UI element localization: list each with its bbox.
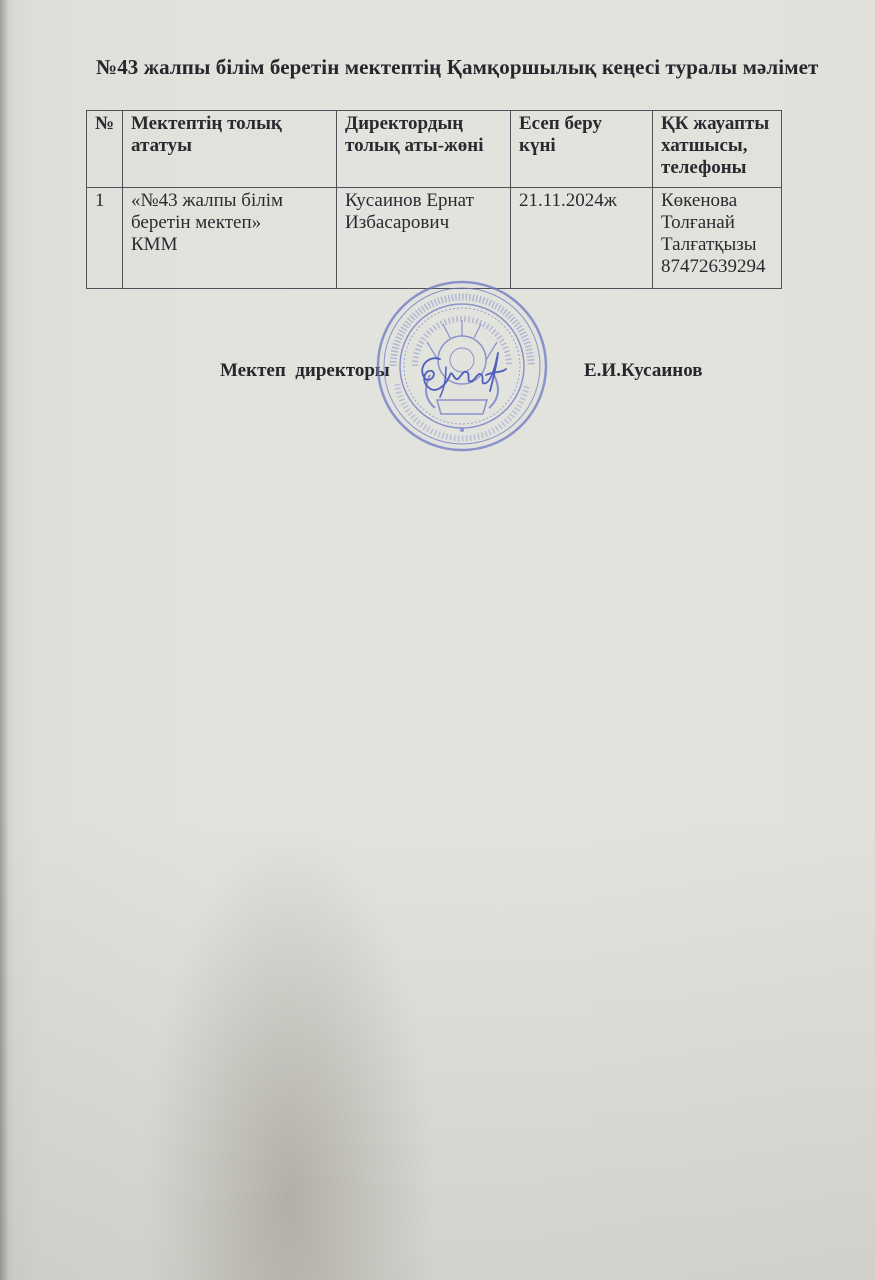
handwritten-signature-icon — [410, 345, 520, 400]
cell-director-name: Кусаинов ЕрнатИзбасарович — [337, 188, 511, 289]
cell-report-date: 21.11.2024ж — [511, 188, 653, 289]
cell-text-line: Мектептің толық — [131, 113, 331, 135]
cell-text-line: телефоны — [661, 157, 776, 179]
cell-text-line: КММ — [131, 234, 331, 256]
cell-text-line: Кусаинов Ернат — [345, 190, 505, 212]
document-title: №43 жалпы білім беретін мектептің Қамқор… — [96, 55, 818, 80]
table-row: 1 «№43 жалпы білімберетін мектеп»КММ Кус… — [87, 188, 782, 289]
cell-text-line: Көкенова — [661, 190, 776, 212]
cell-text-line: 21.11.2024ж — [519, 190, 647, 212]
cell-school-name: «№43 жалпы білімберетін мектеп»КММ — [123, 188, 337, 289]
cell-text-line: 87472639294 — [661, 256, 776, 278]
header-director-name: Директордыңтолық аты-жөні — [337, 111, 511, 188]
cell-text-line: ататуы — [131, 135, 331, 157]
header-school-name: Мектептің толықататуы — [123, 111, 337, 188]
cell-text-line: Толғанай — [661, 212, 776, 234]
cell-text-line: күні — [519, 135, 647, 157]
cell-text-line: хатшысы, — [661, 135, 776, 157]
cell-number: 1 — [87, 188, 123, 289]
header-secretary-phone: ҚК жауаптыхатшысы,телефоны — [653, 111, 782, 188]
cell-secretary-phone: КөкеноваТолғанайТалғатқызы87472639294 — [653, 188, 782, 289]
cell-text-line: № — [95, 113, 117, 135]
table-header-row: № Мектептің толықататуы Директордыңтолық… — [87, 111, 782, 188]
cell-text-line: «№43 жалпы білім — [131, 190, 331, 212]
header-report-date: Есеп берукүні — [511, 111, 653, 188]
director-role-label: Мектеп директоры — [220, 360, 390, 382]
header-number: № — [87, 111, 123, 188]
cell-text-line: толық аты-жөні — [345, 135, 505, 157]
cell-text-line: 1 — [95, 190, 117, 212]
cell-text-line: Директордың — [345, 113, 505, 135]
cell-text-line: Избасарович — [345, 212, 505, 234]
photo-left-edge — [0, 0, 8, 1280]
cell-text-line: ҚК жауапты — [661, 113, 776, 135]
director-name: Е.И.Кусаинов — [584, 360, 703, 382]
cell-text-line: Есеп беру — [519, 113, 647, 135]
cell-text-line: Талғатқызы — [661, 234, 776, 256]
cell-text-line: беретін мектеп» — [131, 212, 331, 234]
photo-shadow — [0, 820, 875, 1280]
school-council-info-table: № Мектептің толықататуы Директордыңтолық… — [86, 110, 782, 289]
